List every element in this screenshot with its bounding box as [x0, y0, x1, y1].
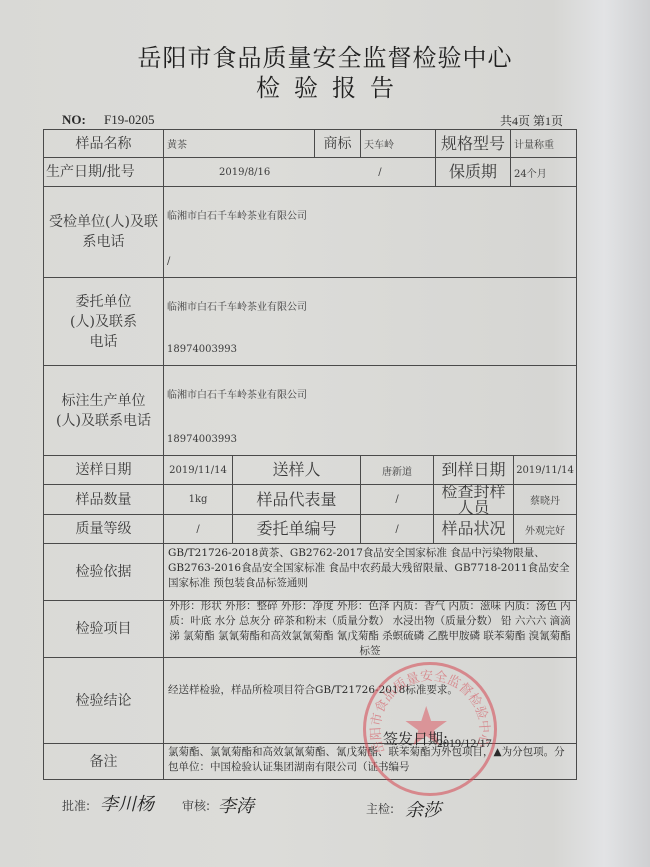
inspected-unit-name: 临湘市白石千车岭茶业有限公司	[167, 207, 307, 222]
sample-qty-label: 样品数量	[43, 484, 164, 515]
remarks-label: 备注	[43, 743, 164, 780]
main-inspector-signature: 余莎	[405, 796, 441, 822]
submit-date-label: 送样日期	[43, 455, 164, 485]
inspected-unit-cell: 临湘市白石千车岭茶业有限公司 /	[163, 186, 577, 278]
report-title: 检验报告	[0, 68, 650, 103]
representative-qty-label: 样品代表量	[232, 484, 361, 515]
items-label: 检验项目	[43, 600, 164, 658]
sample-name-label: 样品名称	[43, 129, 164, 158]
client-unit-phone: 18974003993	[167, 344, 237, 355]
submitter-value: 唐新道	[360, 455, 434, 485]
labeled-producer-phone: 18974003993	[167, 434, 237, 445]
quality-grade-value: /	[163, 514, 233, 544]
spec-value: 计量称重	[510, 129, 577, 158]
submitter-label: 送样人	[232, 455, 361, 485]
production-date-cell: 2019/8/16 /	[163, 157, 436, 187]
labeled-producer-label: 标注生产单位(人)及联系电话	[43, 365, 164, 456]
client-unit-cell: 临湘市白石千车岭茶业有限公司 18974003993	[163, 277, 577, 366]
trademark-value: 天车岭	[360, 129, 436, 158]
issue-date-value: 2019/12/17	[437, 736, 492, 751]
sealer-value: 蔡晓丹	[513, 484, 577, 515]
main-inspector-label: 主检:	[366, 800, 394, 817]
conclusion-label: 检验结论	[43, 657, 164, 744]
labeled-producer-cell: 临湘市白石千车岭茶业有限公司 18974003993	[163, 365, 577, 456]
approve-label: 批准:	[62, 797, 90, 814]
order-no-value: /	[360, 514, 434, 544]
inspected-unit-label: 受检单位(人)及联系电话	[43, 186, 164, 278]
sealer-label: 检查封样人员	[433, 484, 514, 515]
arrival-date-label: 到样日期	[433, 455, 514, 485]
sample-condition-value: 外观完好	[513, 514, 577, 544]
review-label: 审核:	[182, 797, 210, 814]
basis-value: GB/T21726-2018黄茶、GB2762-2017食品安全国家标准 食品中…	[163, 543, 577, 601]
approve-signature: 李川杨	[100, 790, 154, 816]
review-signature: 李涛	[218, 792, 254, 818]
production-date-label: 生产日期/批号	[43, 157, 164, 187]
production-date-value: 2019/8/16	[219, 167, 270, 178]
submit-date-value: 2019/11/14	[163, 455, 233, 485]
inspected-unit-phone: /	[167, 256, 170, 267]
page-indicator: 共4页 第1页	[500, 112, 563, 129]
arrival-date-value: 2019/11/14	[513, 455, 577, 485]
shelf-life-value: 24个月	[510, 157, 577, 187]
batch-value: /	[378, 167, 381, 178]
trademark-label: 商标	[314, 129, 361, 158]
quality-grade-label: 质量等级	[43, 514, 164, 544]
client-unit-label: 委托单位(人)及联系电话	[43, 277, 164, 366]
labeled-producer-name: 临湘市白石千车岭茶业有限公司	[167, 386, 307, 401]
items-value: 外形：形状 外形：整碎 外形：净度 外形：色泽 内质：香气 内质：滋味 内质：汤…	[163, 600, 577, 658]
basis-label: 检验依据	[43, 543, 164, 601]
sample-condition-label: 样品状况	[433, 514, 514, 544]
report-no-label: NO:	[62, 112, 86, 128]
order-no-label: 委托单编号	[232, 514, 361, 544]
report-no-value: F19-0205	[104, 112, 155, 128]
shelf-life-label: 保质期	[435, 157, 511, 187]
spec-label: 规格型号	[435, 129, 511, 158]
sample-name-value: 黄茶	[163, 129, 315, 158]
sample-qty-value: 1kg	[163, 484, 233, 515]
representative-qty-value: /	[360, 484, 434, 515]
client-unit-name: 临湘市白石千车岭茶业有限公司	[167, 298, 307, 313]
